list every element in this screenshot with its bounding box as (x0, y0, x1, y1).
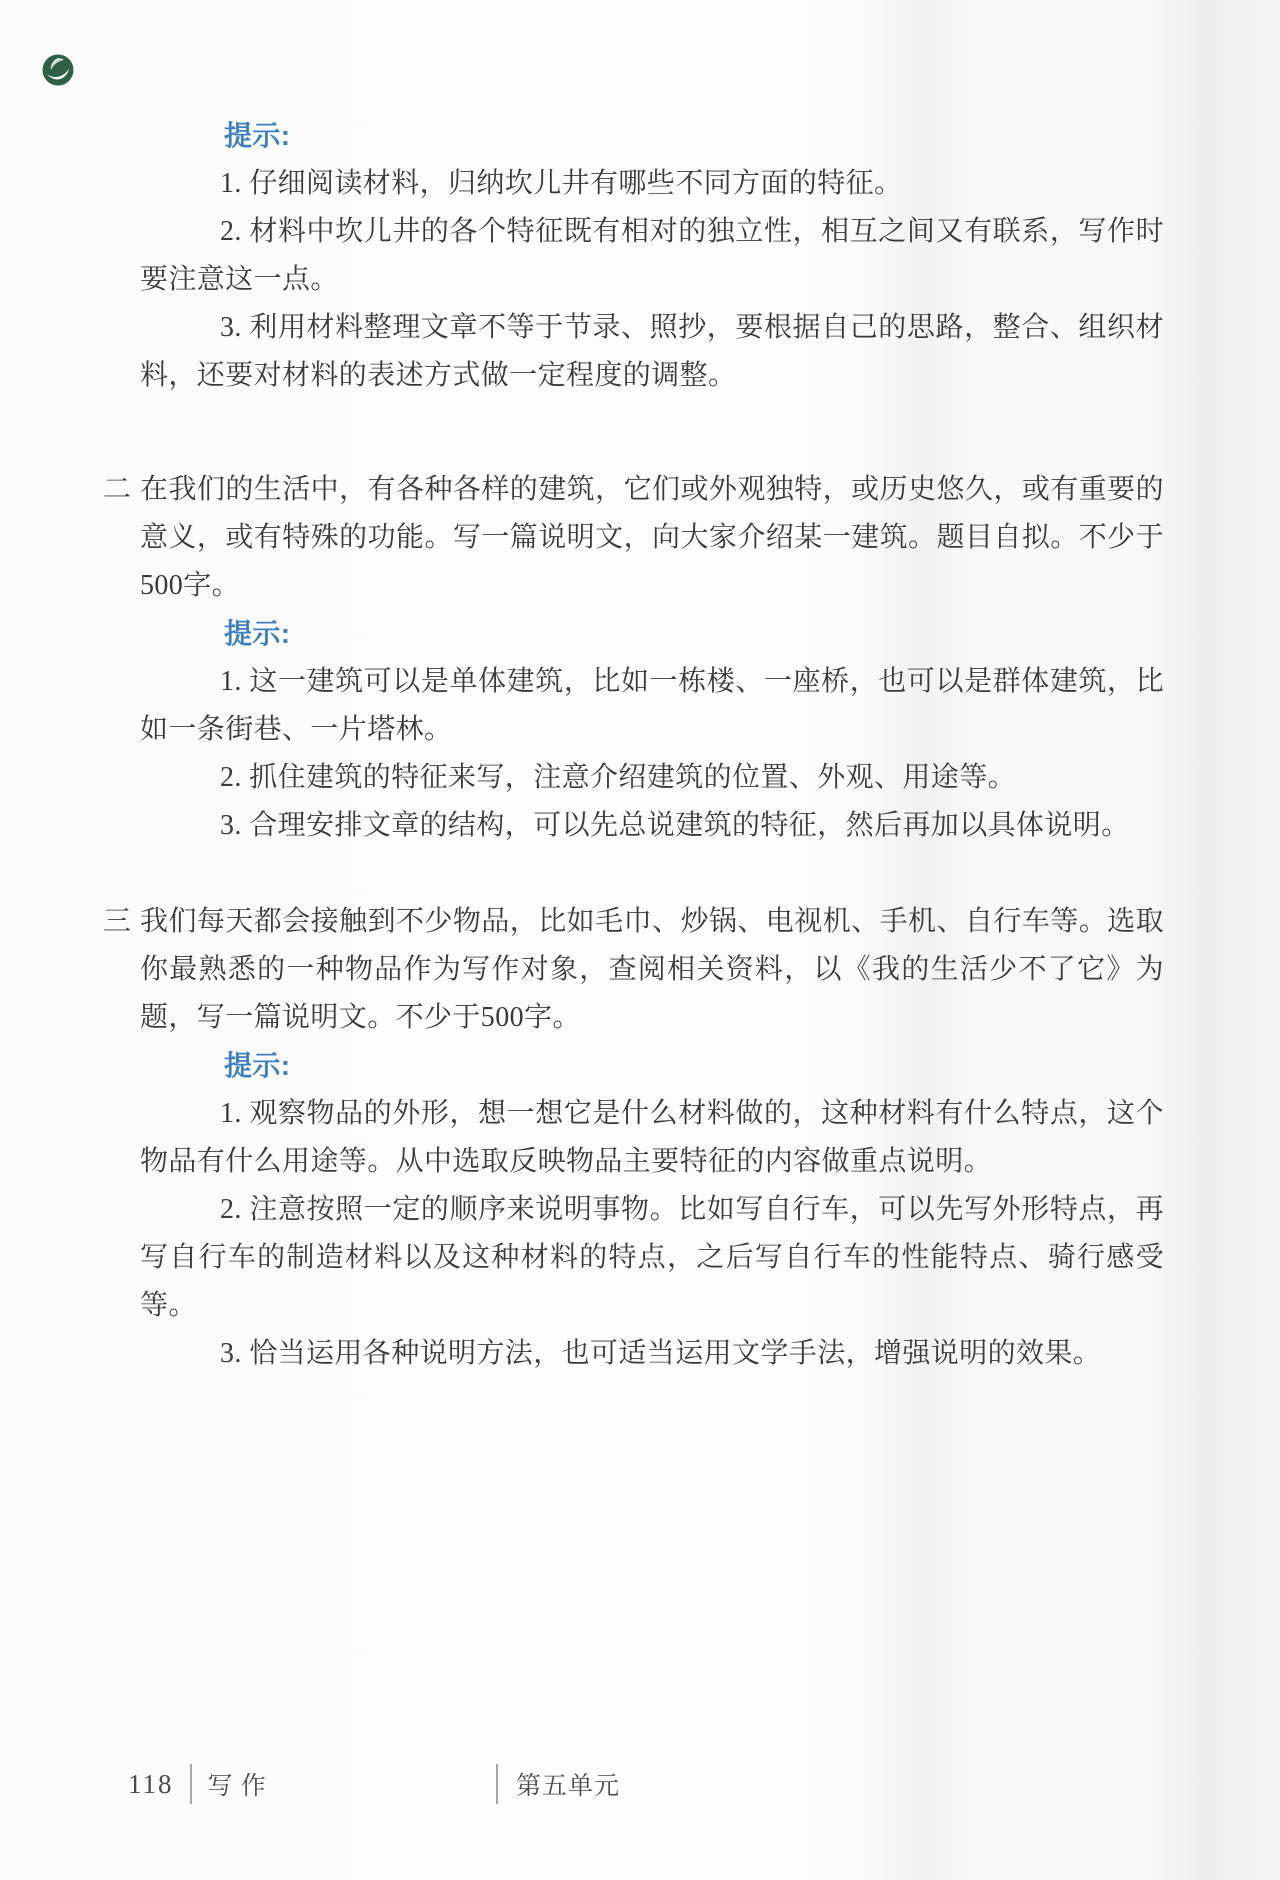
footer-left: 118 写 作 (128, 1762, 267, 1806)
page-number: 118 (128, 1769, 174, 1800)
hint-item: 2. 注意按照一定的顺序来说明事物。比如写自行车，可以先写外形特点，再写自行车的… (140, 1186, 1164, 1330)
exercise-two-number: 二 (103, 466, 131, 514)
hint-item: 1. 仔细阅读材料，归纳坎儿井有哪些不同方面的特征。 (140, 160, 1164, 208)
footer-divider (190, 1764, 192, 1804)
footer-divider (496, 1764, 498, 1804)
publisher-logo-icon (42, 54, 74, 86)
hint-heading: 提示: (224, 112, 1164, 160)
exercise-two-hints: 提示: 1. 这一建筑可以是单体建筑，比如一栋楼、一座桥，也可以是群体建筑，比如… (140, 610, 1164, 850)
exercise-three-number: 三 (103, 898, 131, 946)
footer-right: 第五单元 (496, 1762, 620, 1806)
textbook-page: 提示: 1. 仔细阅读材料，归纳坎儿井有哪些不同方面的特征。 2. 材料中坎儿井… (0, 0, 1280, 1880)
exercise-three-hints: 提示: 1. 观察物品的外形，想一想它是什么材料做的，这种材料有什么特点，这个物… (140, 1042, 1164, 1378)
hint-item: 3. 恰当运用各种说明方法，也可适当运用文学手法，增强说明的效果。 (140, 1330, 1164, 1378)
scan-artifact (1150, 0, 1260, 1880)
exercise-one-hints: 提示: 1. 仔细阅读材料，归纳坎儿井有哪些不同方面的特征。 2. 材料中坎儿井… (140, 112, 1164, 400)
page-content: 提示: 1. 仔细阅读材料，归纳坎儿井有哪些不同方面的特征。 2. 材料中坎儿井… (140, 112, 1164, 1378)
hint-item: 3. 利用材料整理文章不等于节录、照抄，要根据自己的思路，整合、组织材料，还要对… (140, 304, 1164, 400)
exercise-two-prompt: 在我们的生活中，有各种各样的建筑，它们或外观独特，或历史悠久，或有重要的意义，或… (140, 466, 1164, 610)
footer-chapter-label: 写 作 (208, 1766, 267, 1802)
hint-heading: 提示: (224, 610, 1164, 658)
exercise-three: 三 我们每天都会接触到不少物品，比如毛巾、炒锅、电视机、手机、自行车等。选取你最… (140, 898, 1164, 1378)
hint-item: 1. 观察物品的外形，想一想它是什么材料做的，这种材料有什么特点，这个物品有什么… (140, 1090, 1164, 1186)
exercise-three-prompt: 我们每天都会接触到不少物品，比如毛巾、炒锅、电视机、手机、自行车等。选取你最熟悉… (140, 898, 1164, 1042)
hint-item: 1. 这一建筑可以是单体建筑，比如一栋楼、一座桥，也可以是群体建筑，比如一条街巷… (140, 658, 1164, 754)
footer-unit-label: 第五单元 (516, 1766, 620, 1802)
exercise-two: 二 在我们的生活中，有各种各样的建筑，它们或外观独特，或历史悠久，或有重要的意义… (140, 466, 1164, 850)
hint-heading: 提示: (224, 1042, 1164, 1090)
hint-item: 3. 合理安排文章的结构，可以先总说建筑的特征，然后再加以具体说明。 (140, 802, 1164, 850)
hint-item: 2. 抓住建筑的特征来写，注意介绍建筑的位置、外观、用途等。 (140, 754, 1164, 802)
hint-item: 2. 材料中坎儿井的各个特征既有相对的独立性，相互之间又有联系，写作时要注意这一… (140, 208, 1164, 304)
